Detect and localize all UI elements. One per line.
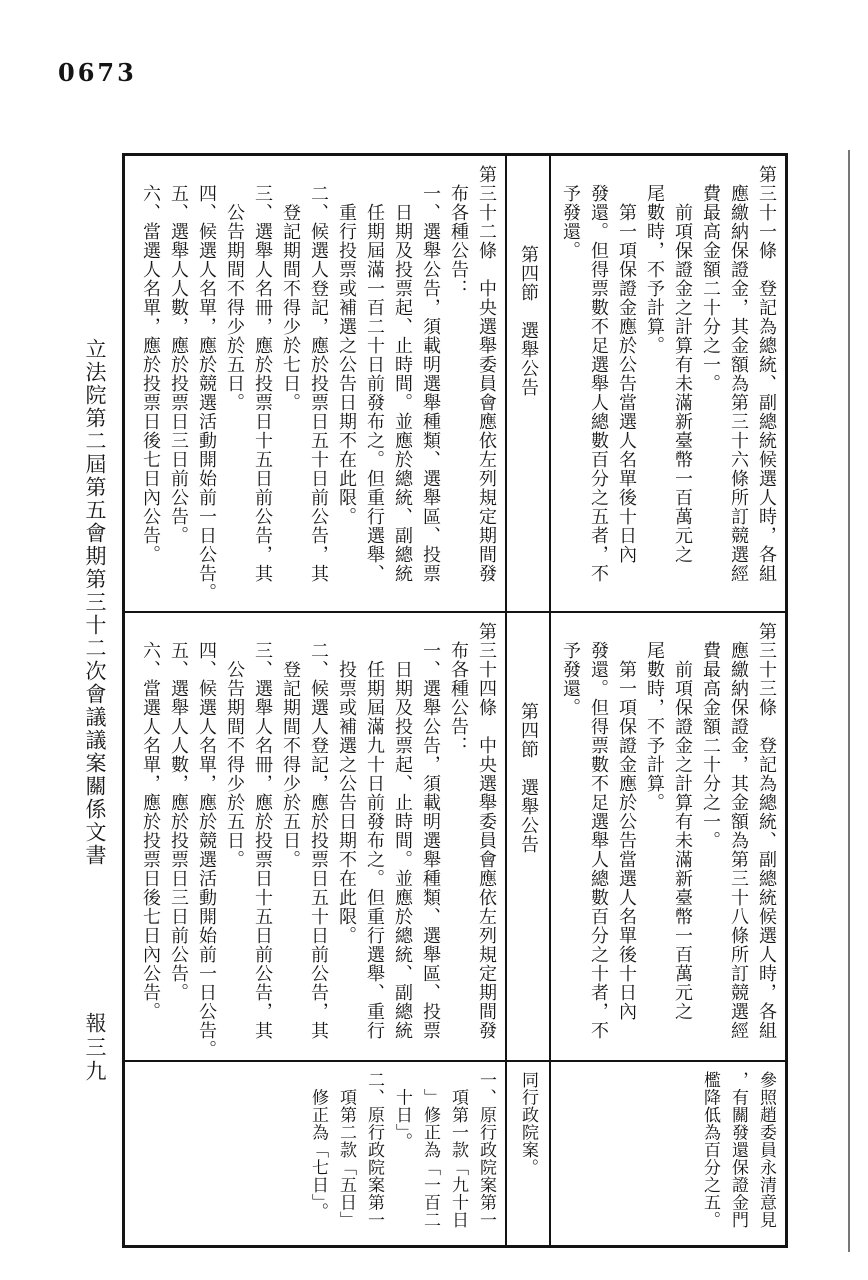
article-31-cell: 第三十一條 登記為總統、副總統候選人時，各組 應繳納保證金，其金額為第三十六條所… xyxy=(551,156,785,611)
article-34-cell: 第三十四條 中央選舉委員會應依左列規定期間發 布各種公告： 一、選舉公告，須載明… xyxy=(125,611,505,1060)
committee-comment-cell: 參照趙委員永清意見 ，有關發還保證金門 檻降低為百分之五。 xyxy=(551,1060,785,1245)
document-side-title: 立法院第二屆第五會期第三十二次會議議案關係文書 xyxy=(80,338,110,838)
committee-comment-text: 參照趙委員永清意見 ，有關發還保證金門 檻降低為百分之五。 xyxy=(696,1071,780,1229)
section-header-cell-row1: 第四節 選舉公告 xyxy=(505,156,551,611)
article-33-text: 第三十三條 登記為總統、副總統候選人時，各組 應繳納保證金，其金額為第三十八條所… xyxy=(556,622,780,1040)
article-34-text: 第三十四條 中央選舉委員會應依左列規定期間發 布各種公告： 一、選舉公告，須載明… xyxy=(136,622,500,1059)
article-comparison-table: 第三十二條 中央選舉委員會應依左列規定期間發 布各種公告： 一、選舉公告，須載明… xyxy=(122,153,788,1248)
article-32-cell: 第三十二條 中央選舉委員會應依左列規定期間發 布各種公告： 一、選舉公告，須載明… xyxy=(125,156,505,611)
side-footer-label: 報三九 xyxy=(80,1012,110,1112)
center-note-text: 同行政院案。 xyxy=(514,1071,542,1176)
section-header-row2: 第四節 選舉公告 xyxy=(514,622,542,854)
article-32-text: 第三十二條 中央選舉委員會應依左列規定期間發 布各種公告： 一、選舉公告，須載明… xyxy=(136,165,500,602)
amendment-notes-cell: 一、原行政院案第一 項第一款「九十日 」修正為「一百二 十日」。 二、原行政院案… xyxy=(125,1060,505,1245)
article-31-text: 第三十一條 登記為總統、副總統候選人時，各組 應繳納保證金，其金額為第三十六條所… xyxy=(556,165,780,583)
center-note-cell: 同行政院案。 xyxy=(505,1060,551,1245)
scan-artifact-line xyxy=(848,150,850,1252)
article-33-cell: 第三十三條 登記為總統、副總統候選人時，各組 應繳納保證金，其金額為第三十八條所… xyxy=(551,611,785,1060)
amendment-notes-text: 一、原行政院案第一 項第一款「九十日 」修正為「一百二 十日」。 二、原行政院案… xyxy=(304,1071,500,1229)
page-number: 0673 xyxy=(58,58,137,87)
section-header-row1: 第四節 選舉公告 xyxy=(514,165,542,397)
section-header-cell-row2: 第四節 選舉公告 xyxy=(505,611,551,1060)
